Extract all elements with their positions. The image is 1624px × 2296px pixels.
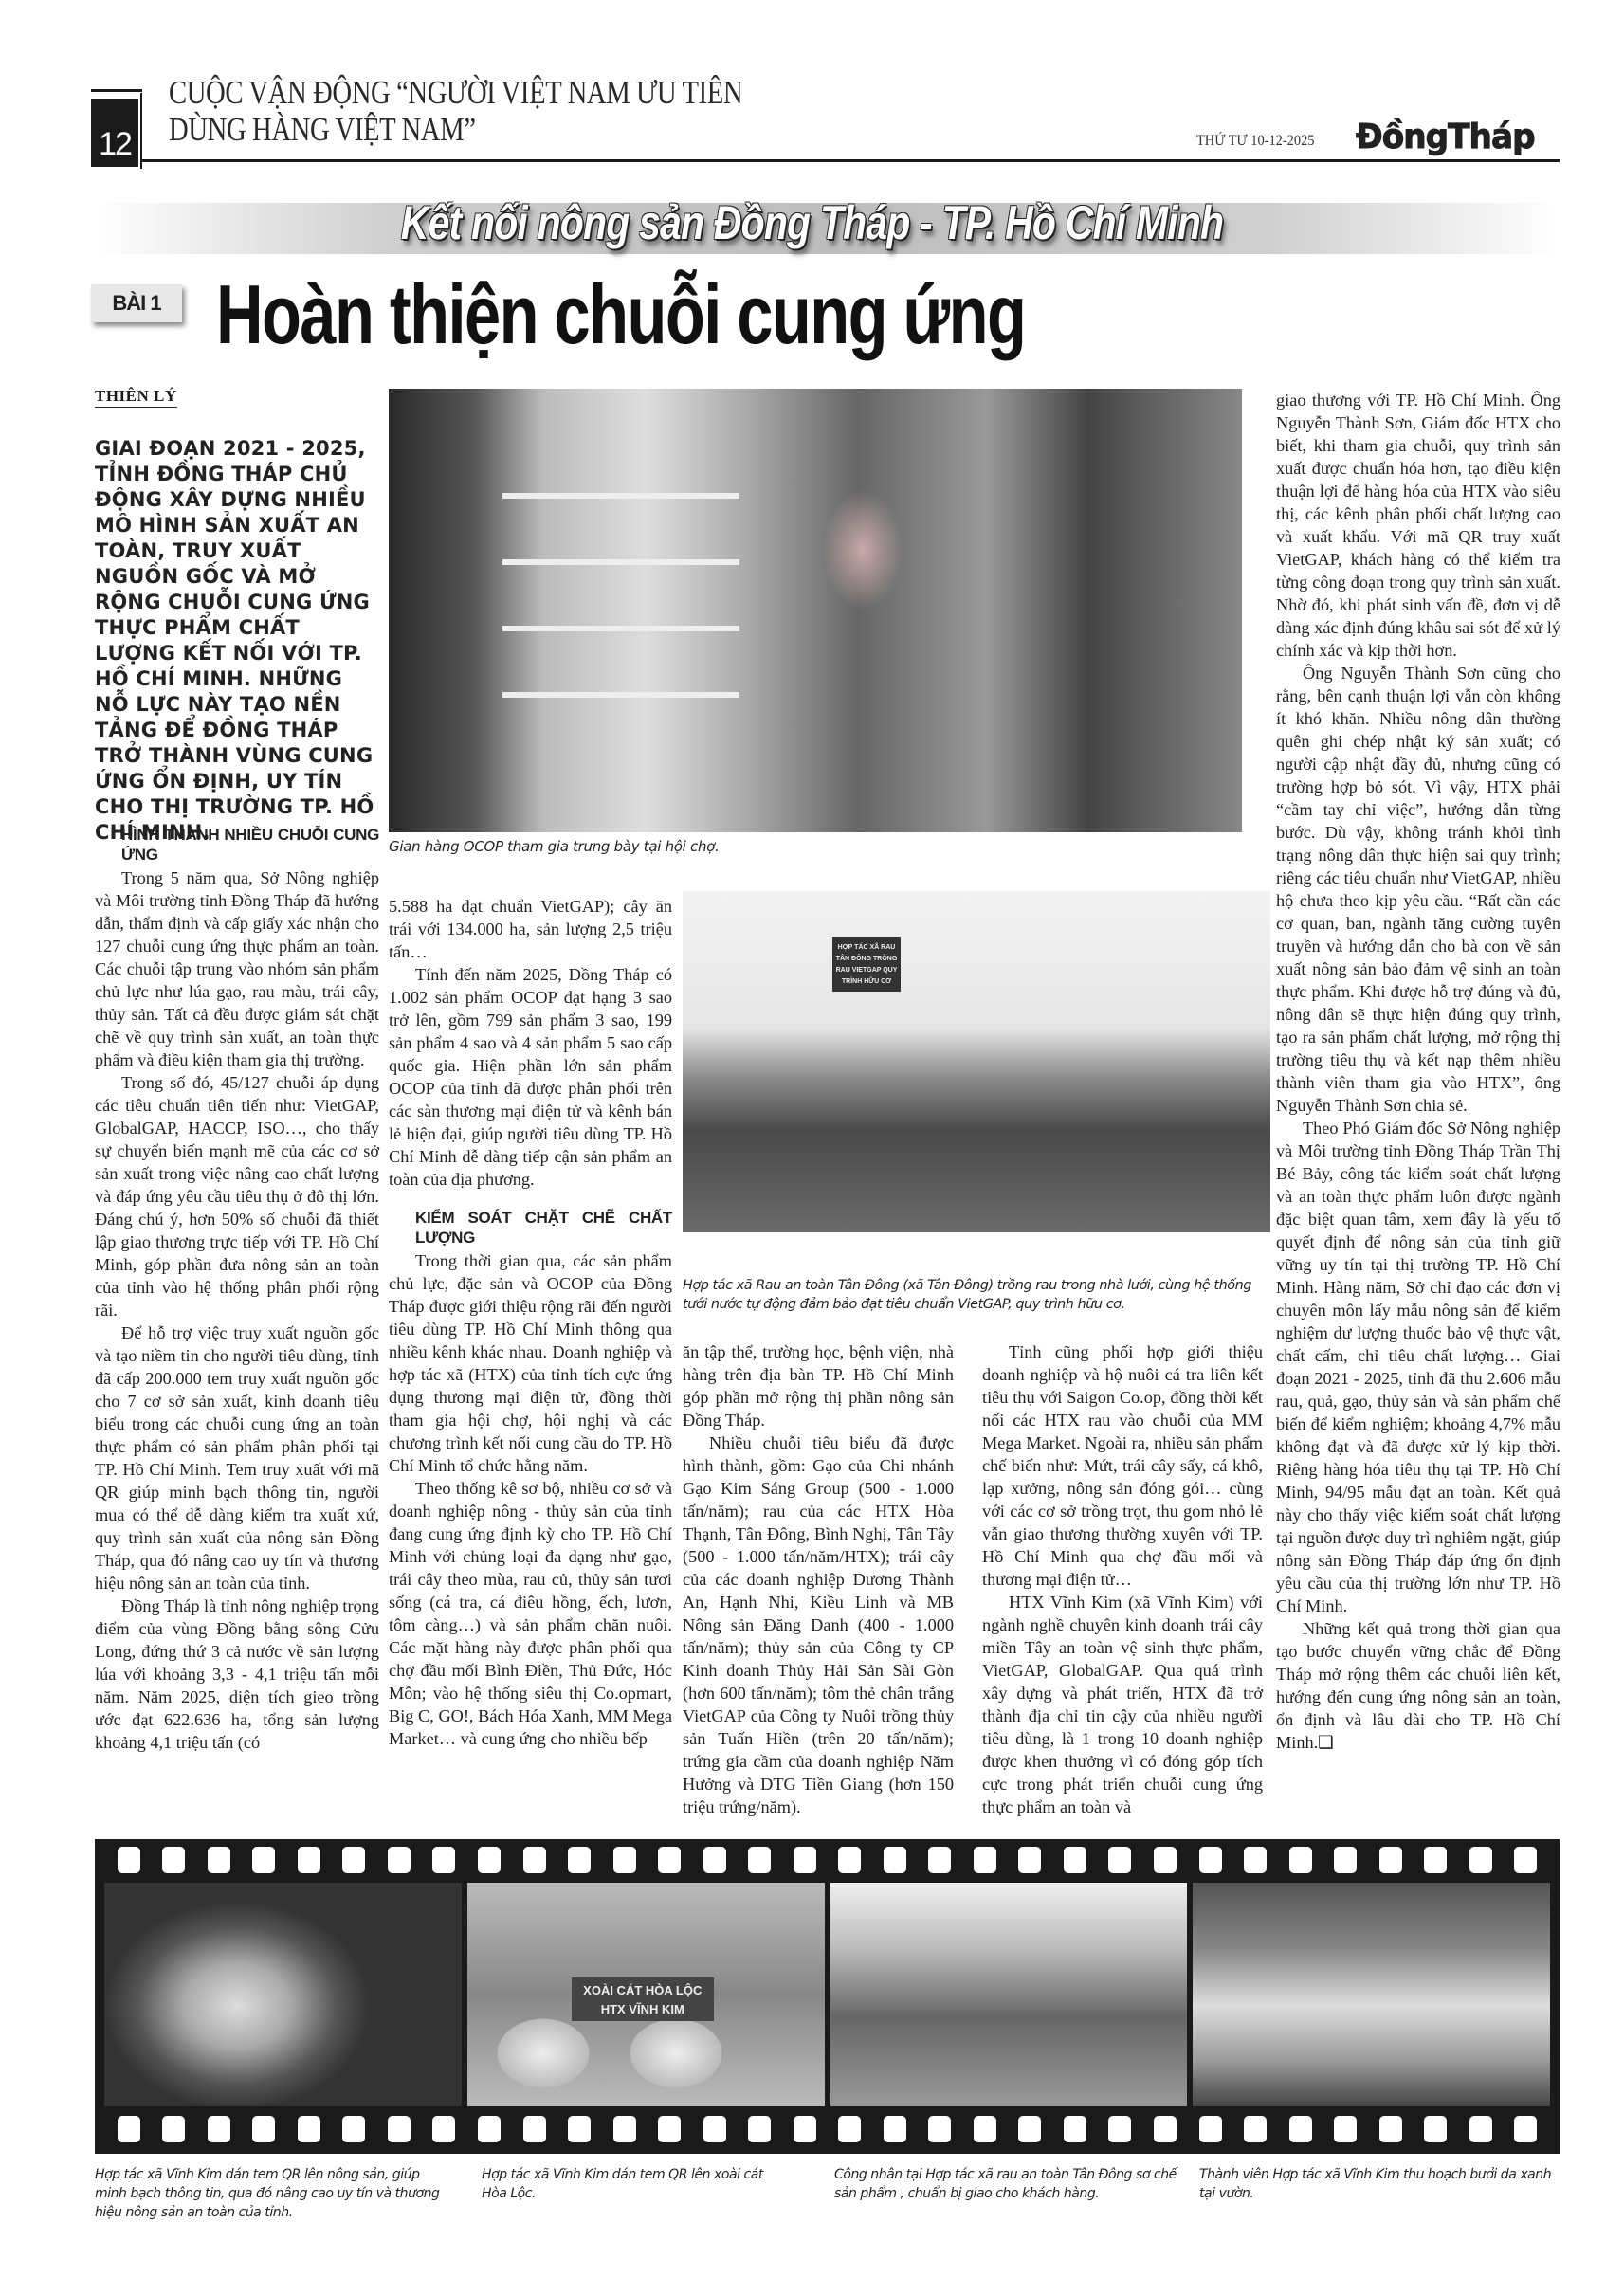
campaign-line-2: DÙNG HÀNG VIỆT NAM” bbox=[169, 111, 868, 148]
film-caption-1: Hợp tác xã Vĩnh Kim dán tem QR lên nông … bbox=[95, 2165, 455, 2222]
paragraph: Theo Phó Giám đốc Sở Nông nghiệp và Môi … bbox=[1276, 1117, 1560, 1617]
greenhouse-sign: HỢP TÁC XÃ RAU TÂN ĐÔNG TRỒNG RAU VIETGA… bbox=[832, 937, 901, 992]
photo-mango-qr: XOÀI CÁT HÒA LỘC HTX VĨNH KIM bbox=[467, 1883, 825, 2106]
paragraph: Những kết quả trong thời gian qua tạo bư… bbox=[1276, 1617, 1560, 1754]
lead-paragraph: GIAI ĐOẠN 2021 - 2025, TỈNH ĐỒNG THÁP CH… bbox=[95, 436, 379, 846]
film-sprockets-bottom bbox=[95, 2116, 1560, 2144]
paragraph: Trong số đó, 45/127 chuỗi áp dụng các ti… bbox=[95, 1071, 379, 1321]
photo-workers-processing bbox=[830, 1883, 1188, 2106]
column-2: 5.588 ha đạt chuẩn VietGAP); cây ăn trái… bbox=[389, 895, 672, 1750]
header-rule bbox=[142, 159, 1560, 162]
campaign-line-1: CUỘC VẬN ĐỘNG “NGƯỜI VIỆT NAM ƯU TIÊN bbox=[169, 74, 868, 111]
masthead-logo: ĐồngTháp bbox=[1356, 118, 1535, 156]
paragraph: Trong thời gian qua, các sản phẩm chủ lự… bbox=[389, 1249, 672, 1477]
film-strip-gallery: XOÀI CÁT HÒA LỘC HTX VĨNH KIM bbox=[95, 1839, 1560, 2154]
campaign-title: CUỘC VẬN ĐỘNG “NGƯỜI VIỆT NAM ƯU TIÊN DÙ… bbox=[169, 74, 868, 148]
paragraph: ăn tập thể, trường học, bệnh viện, nhà h… bbox=[683, 1340, 954, 1431]
column-1: HÌNH THÀNH NHIỀU CHUỖI CUNG ỨNG Trong 5 … bbox=[95, 819, 379, 1754]
paragraph: Nhiều chuỗi tiêu biểu đã được hình thành… bbox=[683, 1431, 954, 1818]
film-caption-2: Hợp tác xã Vĩnh Kim dán tem QR lên xoài … bbox=[482, 2165, 766, 2203]
column-3: ăn tập thể, trường học, bệnh viện, nhà h… bbox=[683, 1340, 954, 1818]
header-rule-top bbox=[91, 89, 142, 92]
paragraph: HTX Vĩnh Kim (xã Vĩnh Kim) với ngành ngh… bbox=[982, 1591, 1263, 1818]
paragraph: Ông Nguyễn Thành Sơn cũng cho rằng, bên … bbox=[1276, 662, 1560, 1117]
photo-caption-ocop: Gian hàng OCOP tham gia trưng bày tại hộ… bbox=[389, 838, 720, 855]
paragraph: Trong 5 năm qua, Sở Nông nghiệp và Môi t… bbox=[95, 866, 379, 1071]
subheading-1: HÌNH THÀNH NHIỀU CHUỖI CUNG ỨNG bbox=[95, 825, 379, 865]
photo-pomelo-harvest bbox=[1193, 1883, 1550, 2106]
subheading-2: KIỂM SOÁT CHẶT CHẼ CHẤT LƯỢNG bbox=[389, 1208, 672, 1248]
paragraph: Để hỗ trợ việc truy xuất nguồn gốc và tạ… bbox=[95, 1321, 379, 1594]
photo-pomelo-qr bbox=[104, 1883, 462, 2106]
page-number: 12 bbox=[91, 99, 138, 167]
header-divider bbox=[140, 93, 142, 169]
film-sprockets-top bbox=[95, 1847, 1560, 1875]
series-banner: Kết nối nông sản Đồng Tháp - TP. Hồ Chí … bbox=[146, 195, 1478, 250]
issue-date: THỨ TƯ 10-12-2025 bbox=[1196, 133, 1314, 150]
byline: THIÊN LÝ bbox=[95, 387, 177, 408]
paragraph: giao thương với TP. Hồ Chí Minh. Ông Ngu… bbox=[1276, 389, 1560, 662]
part-tag: BÀI 1 bbox=[91, 284, 182, 322]
photo-caption-greenhouse: Hợp tác xã Rau an toàn Tân Đông (xã Tân … bbox=[683, 1276, 1270, 1314]
paragraph: Tỉnh cũng phối hợp giới thiệu doanh nghi… bbox=[982, 1340, 1263, 1591]
film-caption-4: Thành viên Hợp tác xã Vĩnh Kim thu hoạch… bbox=[1199, 2165, 1560, 2203]
paragraph: 5.588 ha đạt chuẩn VietGAP); cây ăn trái… bbox=[389, 895, 672, 963]
film-caption-3: Công nhân tại Hợp tác xã rau an toàn Tân… bbox=[834, 2165, 1195, 2203]
photo-greenhouse: HỢP TÁC XÃ RAU TÂN ĐÔNG TRỒNG RAU VIETGA… bbox=[683, 891, 1270, 1232]
paragraph: Đồng Tháp là tỉnh nông nghiệp trọng điểm… bbox=[95, 1594, 379, 1754]
photo-ocop-booth bbox=[389, 389, 1242, 832]
paragraph: Tính đến năm 2025, Đồng Tháp có 1.002 sả… bbox=[389, 963, 672, 1191]
article-title: Hoàn thiện chuỗi cung ứng bbox=[216, 267, 1025, 362]
mango-tag: XOÀI CÁT HÒA LỘC HTX VĨNH KIM bbox=[572, 1977, 714, 2021]
column-5: giao thương với TP. Hồ Chí Minh. Ông Ngu… bbox=[1276, 389, 1560, 1754]
paragraph: Theo thống kê sơ bộ, nhiều cơ sở và doan… bbox=[389, 1477, 672, 1750]
column-4: Tỉnh cũng phối hợp giới thiệu doanh nghi… bbox=[982, 1340, 1263, 1818]
